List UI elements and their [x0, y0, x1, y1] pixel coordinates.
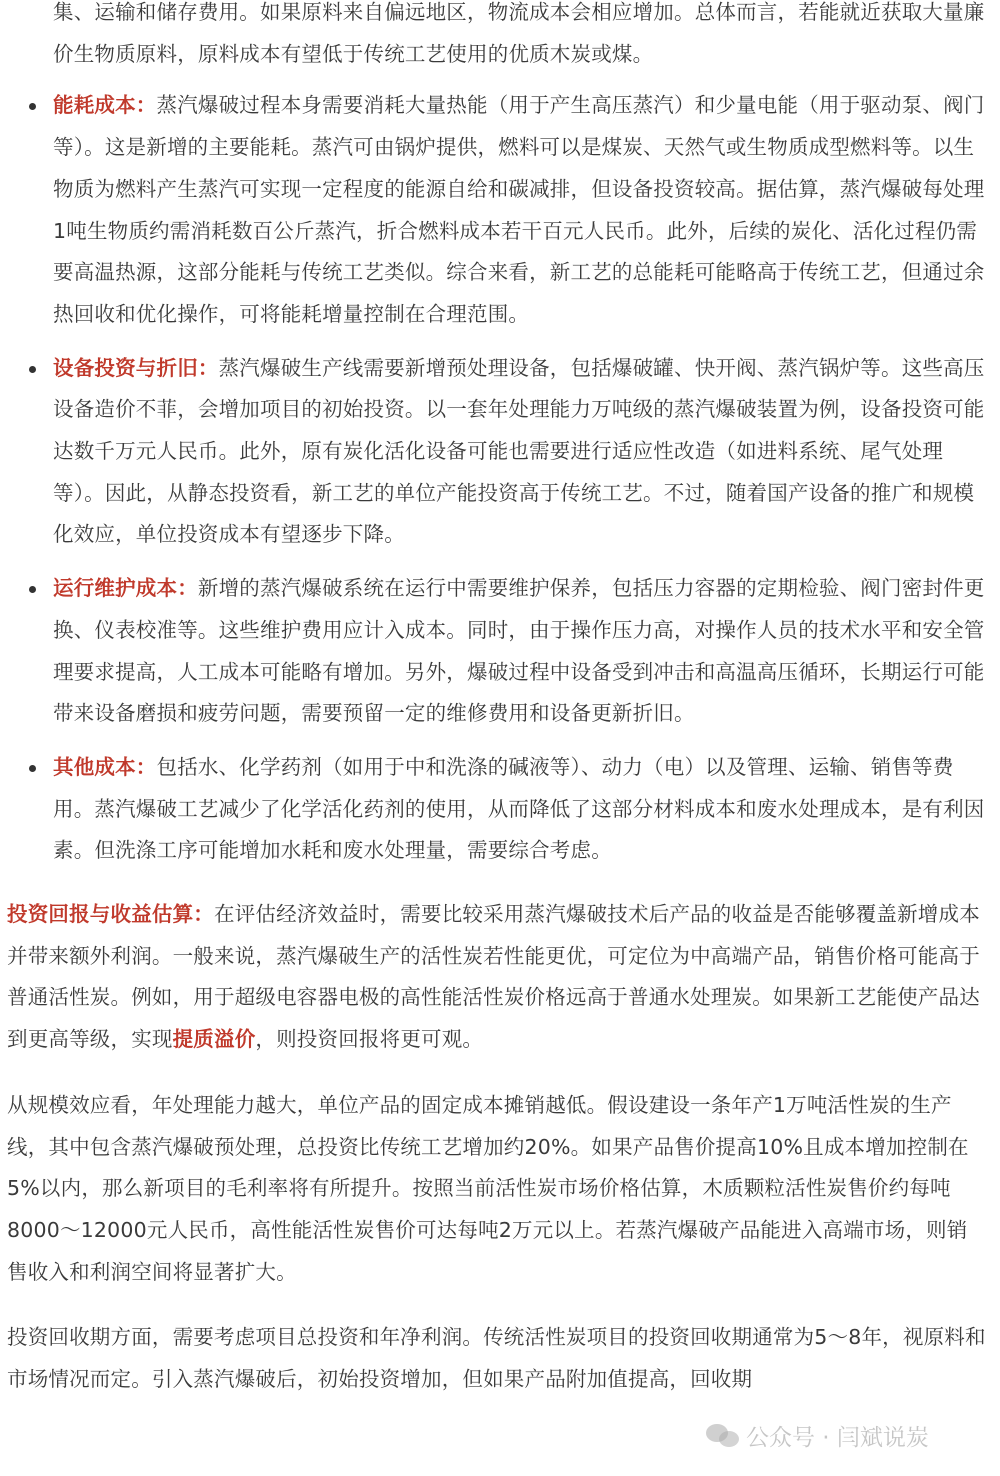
bullet-icon [29, 366, 36, 373]
intro-continuation: 集、运输和储存费用。如果原料来自偏远地区，物流成本会相应增加。总体而言，若能就近… [0, 0, 1000, 75]
watermark-text: 公众号 · 闫斌说炭 [746, 1419, 929, 1452]
bullet-icon [29, 103, 36, 110]
roi-highlight: 提质溢价 [173, 1027, 256, 1051]
cost-list: 能耗成本：蒸汽爆破过程本身需要消耗大量热能（用于产生高压蒸汽）和少量电能（用于驱… [0, 85, 1000, 872]
roi-label: 投资回报与收益估算： [7, 902, 214, 926]
cost-item-text: 包括水、化学药剂（如用于中和洗涤的碱液等）、动力（电）以及管理、运输、销售等费用… [53, 755, 985, 862]
roi-text-after: ，则投资回报将更可观。 [255, 1027, 483, 1051]
cost-item-label: 其他成本： [53, 755, 157, 779]
bullet-icon [29, 765, 36, 772]
intro-text: 集、运输和储存费用。如果原料来自偏远地区，物流成本会相应增加。总体而言，若能就近… [53, 0, 985, 66]
cost-item-text: 蒸汽爆破生产线需要新增预处理设备，包括爆破罐、快开阀、蒸汽锅炉等。这些高压设备造… [53, 356, 985, 547]
cost-item-equipment: 设备投资与折旧：蒸汽爆破生产线需要新增预处理设备，包括爆破罐、快开阀、蒸汽锅炉等… [0, 348, 1000, 557]
cost-item-other: 其他成本：包括水、化学药剂（如用于中和洗涤的碱液等）、动力（电）以及管理、运输、… [0, 747, 1000, 872]
watermark: 公众号 · 闫斌说炭 [706, 1419, 929, 1452]
payback-paragraph: 投资回收期方面，需要考虑项目总投资和年净利润。传统活性炭项目的投资回收期通常为5… [0, 1317, 1000, 1400]
payback-text: 投资回收期方面，需要考虑项目总投资和年净利润。传统活性炭项目的投资回收期通常为5… [7, 1325, 986, 1391]
scale-text: 从规模效应看，年处理能力越大，单位产品的固定成本摊销越低。假设建设一条年产1万吨… [7, 1093, 969, 1284]
bullet-icon [29, 586, 36, 593]
cost-item-label: 运行维护成本： [53, 576, 198, 600]
cost-item-energy: 能耗成本：蒸汽爆破过程本身需要消耗大量热能（用于产生高压蒸汽）和少量电能（用于驱… [0, 85, 1000, 335]
scale-paragraph: 从规模效应看，年处理能力越大，单位产品的固定成本摊销越低。假设建设一条年产1万吨… [0, 1085, 1000, 1294]
cost-item-label: 能耗成本： [53, 93, 157, 117]
cost-item-maintenance: 运行维护成本：新增的蒸汽爆破系统在运行中需要维护保养，包括压力容器的定期检验、阀… [0, 568, 1000, 735]
wechat-icon [706, 1424, 740, 1448]
cost-item-text: 蒸汽爆破过程本身需要消耗大量热能（用于产生高压蒸汽）和少量电能（用于驱动泵、阀门… [53, 93, 985, 326]
article-body: 集、运输和储存费用。如果原料来自偏远地区，物流成本会相应增加。总体而言，若能就近… [0, 0, 1000, 1401]
cost-item-label: 设备投资与折旧： [53, 356, 219, 380]
roi-paragraph: 投资回报与收益估算：在评估经济效益时，需要比较采用蒸汽爆破技术后产品的收益是否能… [0, 894, 1000, 1061]
